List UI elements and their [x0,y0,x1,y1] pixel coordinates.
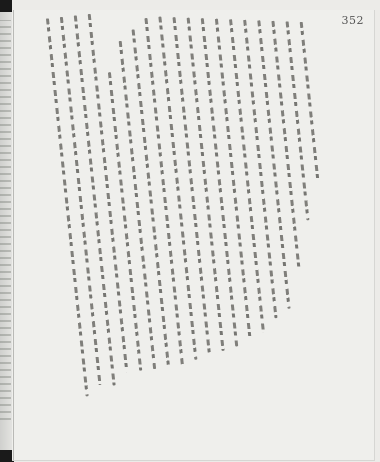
page-fold-line [13,10,14,460]
page-number: 352 [342,14,365,27]
handwritten-text-block [32,0,351,408]
scanned-page: 352 [0,0,380,462]
binding-corner-top [0,0,12,12]
manuscript-page: 352 [12,10,375,461]
bleed-through-text [0,20,11,420]
handwritten-line [271,21,300,270]
